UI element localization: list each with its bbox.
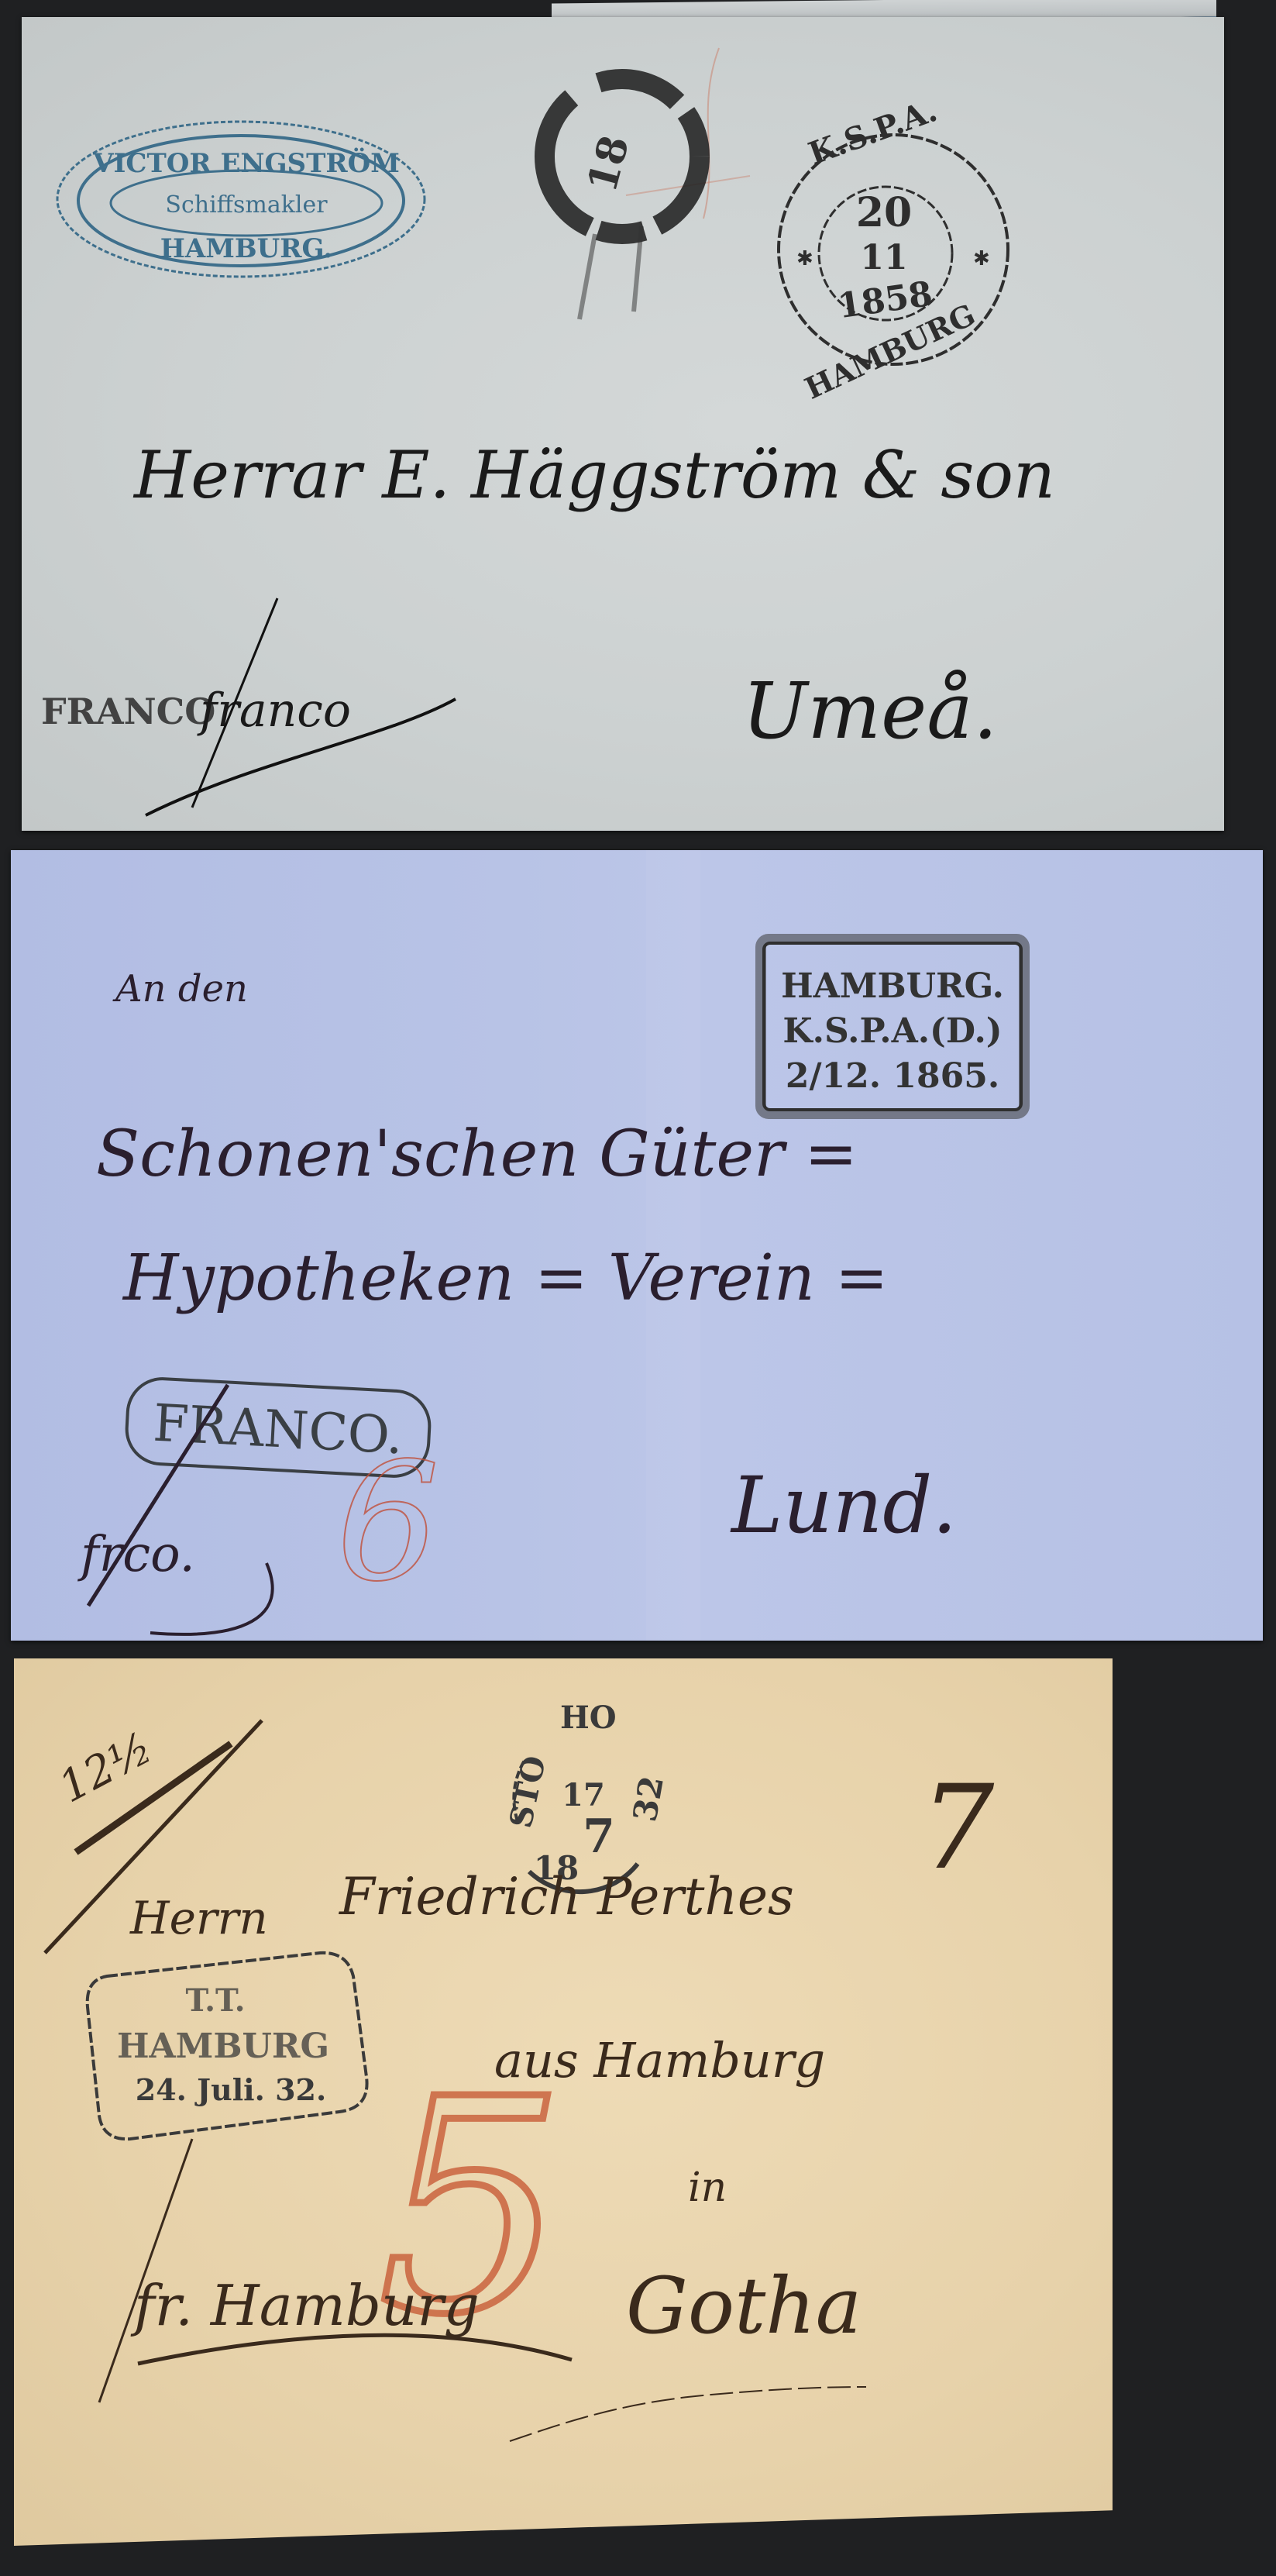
- franco-handwriting: franco: [197, 684, 351, 738]
- svg-text:STO: STO: [503, 1753, 553, 1831]
- destination-handwriting: Gotha: [626, 2261, 862, 2351]
- franco-handstamp: FRANCO: [41, 690, 215, 732]
- svg-text:HO: HO: [560, 1700, 617, 1736]
- svg-text:11: 11: [860, 238, 907, 277]
- destination-handwriting: Umeå.: [742, 666, 998, 756]
- cover-1-hamburg-1858: VICTOR ENGSTRÖM Schiffsmakler HAMBURG. 1…: [22, 17, 1224, 831]
- cover-1-markings: VICTOR ENGSTRÖM Schiffsmakler HAMBURG. 1…: [22, 17, 1224, 831]
- transit-postmark: 18: [545, 79, 700, 319]
- svg-text:18: 18: [579, 131, 639, 198]
- salutation-handwriting: Herrn: [129, 1892, 268, 1944]
- salutation-handwriting: An den: [112, 967, 248, 1011]
- addressee-line1-handwriting: Schonen'schen Güter =: [96, 1118, 858, 1191]
- addressee-line2-handwriting: Hypotheken = Verein =: [122, 1242, 889, 1315]
- franco-handwriting: fr. Hamburg: [130, 2273, 480, 2338]
- corner-rate-mark: 7: [920, 1761, 995, 1896]
- svg-text:✱: ✱: [973, 247, 990, 270]
- from-hamburg-note: aus Hamburg: [494, 2032, 825, 2089]
- svg-text:20: 20: [856, 189, 912, 236]
- cover-2-hamburg-1865: HAMBURG. K.S.P.A.(D.) 2/12. 1865. FRANCO…: [11, 850, 1263, 1641]
- destination-handwriting: Lund.: [730, 1460, 957, 1551]
- svg-text:HAMBURG.: HAMBURG.: [160, 233, 332, 264]
- svg-text:7: 7: [583, 1810, 615, 1864]
- addressee-handwriting: Herrar E. Häggström & son: [132, 437, 1055, 513]
- svg-text:32: 32: [626, 1773, 671, 1824]
- svg-text:VICTOR ENGSTRÖM: VICTOR ENGSTRÖM: [92, 147, 400, 179]
- svg-text:HAMBURG: HAMBURG: [117, 2027, 329, 2066]
- svg-text:HAMBURG.: HAMBURG.: [781, 966, 1004, 1006]
- dispatch-postmark-rectangle: HAMBURG. K.S.P.A.(D.) 2/12. 1865.: [761, 939, 1024, 1114]
- cover-3-markings: 12½ STOCKHOLM HO STO 17 7 18 32 7 T.T. H…: [14, 1658, 1113, 2546]
- svg-text:17: 17: [562, 1777, 605, 1813]
- preposition-handwriting: in: [688, 2164, 727, 2211]
- addressee-handwriting: Friedrich Perthes: [339, 1867, 794, 1927]
- svg-text:✱: ✱: [796, 247, 813, 270]
- cover-3-hamburg-1832: 12½ STOCKHOLM HO STO 17 7 18 32 7 T.T. H…: [14, 1658, 1113, 2546]
- dispatch-postmark-boxed: T.T. HAMBURG 24. Juli. 32.: [88, 1953, 367, 2139]
- sender-oval-stamp: VICTOR ENGSTRÖM Schiffsmakler HAMBURG.: [57, 122, 425, 277]
- svg-text:12½: 12½: [51, 1723, 160, 1813]
- svg-text:Schiffsmakler: Schiffsmakler: [165, 191, 328, 219]
- svg-text:K.S.P.A.: K.S.P.A.: [803, 92, 941, 172]
- svg-text:2/12. 1865.: 2/12. 1865.: [786, 1056, 999, 1096]
- svg-text:K.S.P.A.(D.): K.S.P.A.(D.): [782, 1011, 1002, 1051]
- red-rate-mark: 6: [336, 1427, 440, 1617]
- franco-handwriting: frco.: [77, 1526, 195, 1583]
- svg-text:24. Juli. 32.: 24. Juli. 32.: [136, 2072, 326, 2107]
- dispatch-postmark-kspa: K.S.P.A. 20 11 1858 HAMBURG ✱ ✱: [779, 92, 1008, 406]
- cover-2-markings: HAMBURG. K.S.P.A.(D.) 2/12. 1865. FRANCO…: [11, 850, 1263, 1641]
- svg-text:T.T.: T.T.: [185, 1982, 245, 2019]
- arrival-postmark-stockholm: STOCKHOLM HO STO 17 7 18 32: [503, 1694, 671, 1892]
